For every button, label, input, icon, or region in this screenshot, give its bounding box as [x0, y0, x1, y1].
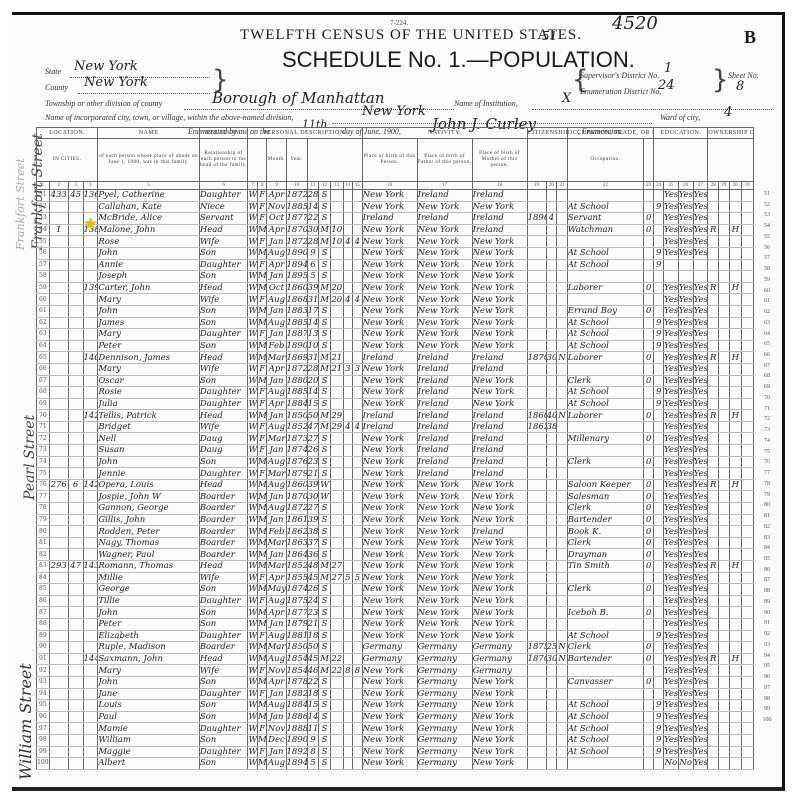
cell-relation: Daughter	[199, 746, 248, 758]
cell-birth: New York	[362, 201, 417, 213]
cell-married-yrs	[330, 537, 343, 549]
cell-write: Yes	[678, 595, 693, 607]
cell-house	[49, 329, 68, 341]
cell-family	[83, 711, 98, 723]
cell-unemp	[643, 445, 654, 457]
cell-birth: New York	[362, 537, 417, 549]
cell-nat	[557, 734, 568, 746]
cell-sex: F	[257, 468, 267, 480]
cell-birth: New York	[362, 282, 417, 294]
cell-sex: F	[257, 398, 267, 410]
cell-line: 73	[37, 445, 50, 457]
cell-immig	[527, 700, 546, 712]
line-number: 78	[756, 479, 778, 490]
cell-yrs-us	[546, 305, 557, 317]
table-row: 86TillieDaughterWFAug187524SNew YorkNew …	[37, 595, 754, 607]
cell-year: 1886	[286, 711, 307, 723]
cell-english	[693, 259, 708, 271]
cell-children	[343, 271, 353, 283]
cell-unemp: 0	[643, 584, 654, 596]
cell-occupation: At School	[567, 746, 643, 758]
cell-unemp: 0	[643, 676, 654, 688]
cell-yrs-us	[546, 723, 557, 735]
cell-living	[353, 758, 363, 770]
cell-street	[742, 595, 754, 607]
cell-mother: New York	[472, 282, 527, 294]
cell-line: 90	[37, 642, 50, 654]
cell-marital: S	[319, 607, 331, 619]
cell-mother: New York	[472, 584, 527, 596]
cell-farm	[729, 329, 742, 341]
cell-year: 1885	[286, 317, 307, 329]
cell-birth: New York	[362, 711, 417, 723]
cell-living	[353, 410, 363, 422]
cell-age: 39	[307, 282, 319, 294]
cell-living	[353, 734, 363, 746]
cell-house	[49, 758, 68, 770]
cell-unemp	[643, 572, 654, 584]
cell-father: New York	[417, 271, 472, 283]
cell-father: New York	[417, 526, 472, 538]
cell-children	[343, 491, 353, 503]
cell-month: Feb	[267, 526, 286, 538]
cell-yrs-us	[546, 618, 557, 630]
cell-married-yrs	[330, 711, 343, 723]
cell-school	[654, 445, 664, 457]
cell-farm	[729, 468, 742, 480]
cell-marital: M	[319, 665, 331, 677]
cell-own	[708, 700, 719, 712]
cell-english: Yes	[693, 363, 708, 375]
cell-own	[708, 236, 719, 248]
cell-farm	[729, 259, 742, 271]
cell-street	[742, 642, 754, 654]
cell-color: W	[248, 445, 258, 457]
cell-read: Yes	[663, 618, 678, 630]
table-row: 53McBride, AliceServantWFOct187722SIrela…	[37, 213, 754, 225]
cell-name: Jane	[98, 688, 200, 700]
line-number: 52	[756, 200, 778, 211]
cell-write: Yes	[678, 642, 693, 654]
cell-year: 1882	[286, 688, 307, 700]
cell-immig	[527, 456, 546, 468]
cell-marital: M	[319, 410, 331, 422]
cell-family	[83, 676, 98, 688]
cell-year: 1895	[286, 271, 307, 283]
cell-name: Bridget	[98, 421, 200, 433]
line-number: 70	[756, 393, 778, 404]
cell-house	[49, 526, 68, 538]
cell-year: 1879	[286, 618, 307, 630]
cell-month: Apr	[267, 676, 286, 688]
cell-father: New York	[417, 236, 472, 248]
cell-mother: Ireland	[472, 363, 527, 375]
line-number: 59	[756, 275, 778, 286]
cell-school	[654, 456, 664, 468]
cell-living	[353, 213, 363, 225]
cell-dwelling	[68, 526, 83, 538]
cell-relation: Son	[199, 317, 248, 329]
cell-street	[742, 282, 754, 294]
cell-read	[663, 259, 678, 271]
line-number: 55	[756, 232, 778, 243]
cell-age: 37	[307, 537, 319, 549]
cell-birth: New York	[362, 700, 417, 712]
cell-year: 1860	[286, 282, 307, 294]
line-number: 65	[756, 339, 778, 350]
cell-school	[654, 549, 664, 561]
cell-unemp	[643, 247, 654, 259]
cell-immig	[527, 190, 546, 202]
cell-children	[343, 526, 353, 538]
cell-age: 13	[307, 329, 319, 341]
cell-nat	[557, 491, 568, 503]
table-row: 55RoseWifeWFJan187228M1044New YorkNew Yo…	[37, 236, 754, 248]
cell-farm: H	[729, 352, 742, 364]
cell-father: New York	[417, 305, 472, 317]
cell-father: New York	[417, 630, 472, 642]
cell-read: Yes	[663, 236, 678, 248]
cell-color: W	[248, 746, 258, 758]
cell-school: 9	[654, 317, 664, 329]
cell-year: 1850	[286, 642, 307, 654]
cell-english: Yes	[693, 630, 708, 642]
cell-occupation: At School	[567, 700, 643, 712]
cell-sex: M	[257, 584, 267, 596]
cell-unemp: 0	[643, 224, 654, 236]
line-number: 58	[756, 264, 778, 275]
cell-street	[742, 329, 754, 341]
cell-children	[343, 584, 353, 596]
cell-sex: F	[257, 236, 267, 248]
cell-mother: Ireland	[472, 352, 527, 364]
cell-sex: F	[257, 363, 267, 375]
cell-unemp: 0	[643, 282, 654, 294]
cell-father: Ireland	[417, 433, 472, 445]
cell-color: W	[248, 479, 258, 491]
cell-married-yrs	[330, 201, 343, 213]
cell-age: 23	[307, 456, 319, 468]
cell-relation: Servant	[199, 213, 248, 225]
cell-school	[654, 190, 664, 202]
cell-color: W	[248, 375, 258, 387]
cell-yrs-us: 30	[546, 653, 557, 665]
cell-english: Yes	[693, 305, 708, 317]
cell-immig	[527, 387, 546, 399]
cell-father: Ireland	[417, 387, 472, 399]
cell-relation: Daughter	[199, 688, 248, 700]
cell-immig	[527, 688, 546, 700]
cell-street	[742, 259, 754, 271]
cell-occupation: Drayman	[567, 549, 643, 561]
cell-father: New York	[417, 572, 472, 584]
cell-own	[708, 271, 719, 283]
cell-write: Yes	[678, 375, 693, 387]
cell-relation: Daughter	[199, 398, 248, 410]
line-number: 91	[756, 618, 778, 629]
table-row: 88PeterSonWMJan187921SNew YorkNew YorkNe…	[37, 618, 754, 630]
cell-street	[742, 561, 754, 573]
cell-yrs-us	[546, 514, 557, 526]
month-label: Month.	[267, 139, 286, 182]
cell-immig	[527, 618, 546, 630]
cell-line: 77	[37, 491, 50, 503]
cell-nat	[557, 259, 568, 271]
cell-children	[343, 317, 353, 329]
cell-sex: M	[257, 642, 267, 654]
cell-father: Ireland	[417, 445, 472, 457]
cell-birth: New York	[362, 236, 417, 248]
cell-age: 9	[307, 247, 319, 259]
cell-color: W	[248, 259, 258, 271]
cell-sex: M	[257, 491, 267, 503]
cell-children	[343, 711, 353, 723]
cell-family	[83, 642, 98, 654]
cell-street	[742, 514, 754, 526]
cell-farm	[729, 746, 742, 758]
cell-family	[83, 398, 98, 410]
cell-name: Louis	[98, 700, 200, 712]
form-number: 7-224.	[390, 19, 408, 27]
cell-english: Yes	[693, 572, 708, 584]
cell-living	[353, 247, 363, 259]
cell-english: Yes	[693, 213, 708, 225]
cell-school	[654, 410, 664, 422]
cell-mother: Ireland	[472, 526, 527, 538]
cell-immig	[527, 259, 546, 271]
cell-age: 6	[307, 259, 319, 271]
cell-relation: Daughter	[199, 595, 248, 607]
cell-write: Yes	[678, 549, 693, 561]
cell-write: No	[678, 758, 693, 770]
cell-color: W	[248, 282, 258, 294]
cell-birth: New York	[362, 329, 417, 341]
cell-children	[343, 700, 353, 712]
cell-father: New York	[417, 329, 472, 341]
cell-write: Yes	[678, 387, 693, 399]
cell-english: Yes	[693, 491, 708, 503]
cell-farm	[729, 676, 742, 688]
cell-living	[353, 549, 363, 561]
cell-month: Apr	[267, 190, 286, 202]
cell-mother: New York	[472, 618, 527, 630]
cell-line: 70	[37, 410, 50, 422]
cell-sex: M	[257, 549, 267, 561]
cell-family	[83, 688, 98, 700]
cell-line: 80	[37, 526, 50, 538]
birth-father-label: Place of birth of Father of this person.	[417, 139, 472, 182]
cell-name: Ruple, Madison	[98, 642, 200, 654]
cell-immig	[527, 433, 546, 445]
cell-nat: N	[557, 653, 568, 665]
cell-relation: Head	[199, 479, 248, 491]
cell-color: W	[248, 723, 258, 735]
cell-married-yrs: 27	[330, 572, 343, 584]
line-number: 62	[756, 307, 778, 318]
cell-children	[343, 642, 353, 654]
cell-free	[718, 700, 729, 712]
cell-write: Yes	[678, 190, 693, 202]
cell-year: 1875	[286, 595, 307, 607]
cell-occupation: At School	[567, 630, 643, 642]
cell-color: W	[248, 247, 258, 259]
cell-year: 1854	[286, 653, 307, 665]
cell-occupation: Tin Smith	[567, 561, 643, 573]
cell-year: 1880	[286, 375, 307, 387]
cell-mother: New York	[472, 387, 527, 399]
line-number: 53	[756, 210, 778, 221]
cell-yrs-us	[546, 445, 557, 457]
cell-line: 65	[37, 352, 50, 364]
cell-marital: S	[319, 584, 331, 596]
cell-children	[343, 630, 353, 642]
cell-married-yrs: 22	[330, 665, 343, 677]
cell-mother: New York	[472, 734, 527, 746]
cell-house	[49, 584, 68, 596]
cell-month: Jan	[267, 491, 286, 503]
cell-married-yrs	[330, 340, 343, 352]
cell-marital: S	[319, 758, 331, 770]
cell-age: 14	[307, 201, 319, 213]
cell-children	[343, 352, 353, 364]
cell-school	[654, 618, 664, 630]
cell-children	[343, 433, 353, 445]
cell-street	[742, 224, 754, 236]
cell-mother: New York	[472, 375, 527, 387]
cell-marital: S	[319, 734, 331, 746]
cell-married-yrs	[330, 491, 343, 503]
cell-own	[708, 758, 719, 770]
cell-married-yrs	[330, 595, 343, 607]
cell-color: W	[248, 329, 258, 341]
cell-married-yrs	[330, 445, 343, 457]
cell-relation: Son	[199, 734, 248, 746]
cell-street	[742, 537, 754, 549]
cell-farm	[729, 317, 742, 329]
cell-write: Yes	[678, 537, 693, 549]
cell-yrs-us	[546, 665, 557, 677]
cell-street	[742, 271, 754, 283]
cell-immig: 1875	[527, 642, 546, 654]
cell-living	[353, 271, 363, 283]
cell-color: W	[248, 503, 258, 515]
cell-marital: M	[319, 421, 331, 433]
cell-father: New York	[417, 561, 472, 573]
cell-color: W	[248, 734, 258, 746]
cell-birth: New York	[362, 468, 417, 480]
cell-year: 1876	[286, 456, 307, 468]
star-icon[interactable]: ★	[83, 216, 98, 233]
cell-nat	[557, 294, 568, 306]
cell-free	[718, 491, 729, 503]
cell-month: Jan	[267, 445, 286, 457]
cell-father: New York	[417, 224, 472, 236]
county-label: County	[45, 83, 68, 92]
cell-birth: Germany	[362, 653, 417, 665]
cell-occupation: At School	[567, 247, 643, 259]
cell-relation: Daug	[199, 433, 248, 445]
cell-write: Yes	[678, 503, 693, 515]
cell-children	[343, 618, 353, 630]
cell-married-yrs: 21	[330, 363, 343, 375]
cell-immig	[527, 294, 546, 306]
cell-relation: Wife	[199, 421, 248, 433]
cell-relation: Son	[199, 456, 248, 468]
cell-write: Yes	[678, 282, 693, 294]
line-number: 93	[756, 640, 778, 651]
cell-nat	[557, 282, 568, 294]
cell-read: Yes	[663, 294, 678, 306]
cell-age: 39	[307, 479, 319, 491]
cell-birth: New York	[362, 398, 417, 410]
cell-house	[49, 294, 68, 306]
cell-unemp	[643, 630, 654, 642]
cell-living	[353, 503, 363, 515]
cell-birth: New York	[362, 317, 417, 329]
cell-marital: S	[319, 503, 331, 515]
cell-age: 38	[307, 526, 319, 538]
cell-sex: M	[257, 653, 267, 665]
cell-children	[343, 537, 353, 549]
cell-nat	[557, 329, 568, 341]
cell-relation: Boarder	[199, 642, 248, 654]
cell-family	[83, 236, 98, 248]
cell-farm	[729, 491, 742, 503]
cell-yrs-us: 38	[546, 421, 557, 433]
table-row: 74JohnSonWMAug187623SNew YorkIrelandIrel…	[37, 456, 754, 468]
cell-relation: Boarder	[199, 537, 248, 549]
cell-birth: New York	[362, 271, 417, 283]
cell-color: W	[248, 561, 258, 573]
cell-line: 99	[37, 746, 50, 758]
cell-family	[83, 700, 98, 712]
cell-house	[49, 387, 68, 399]
cell-free	[718, 213, 729, 225]
line-number: 54	[756, 221, 778, 232]
cell-own: R	[708, 224, 719, 236]
table-row: 65140Dennison, JamesHeadWMMar186931M21Ir…	[37, 352, 754, 364]
cell-own: R	[708, 479, 719, 491]
table-row: 69JuliaDaughterWFApr188415SNew YorkIrela…	[37, 398, 754, 410]
cell-marital: S	[319, 456, 331, 468]
line-number: 97	[756, 683, 778, 694]
cell-yrs-us	[546, 607, 557, 619]
cell-mother: New York	[472, 688, 527, 700]
cell-mother: Ireland	[472, 410, 527, 422]
cell-english: Yes	[693, 468, 708, 480]
cell-write: Yes	[678, 352, 693, 364]
cell-write: Yes	[678, 363, 693, 375]
cell-occupation: Canvasser	[567, 676, 643, 688]
cell-family	[83, 363, 98, 375]
cell-read: Yes	[663, 491, 678, 503]
cell-read: Yes	[663, 584, 678, 596]
cell-dwelling	[68, 711, 83, 723]
cell-house	[49, 746, 68, 758]
cell-immig: 1862	[527, 421, 546, 433]
table-row: 90Ruple, MadisonBoarderWMMar185050SGerma…	[37, 642, 754, 654]
cell-free	[718, 711, 729, 723]
cell-relation: Boarder	[199, 526, 248, 538]
cell-own: R	[708, 352, 719, 364]
cell-name: Susan	[98, 445, 200, 457]
state-label: State	[45, 67, 61, 76]
cell-write: Yes	[678, 410, 693, 422]
table-row: 52Callahan, KateNieceWFNov188514SNew Yor…	[37, 201, 754, 213]
cell-line: 58	[37, 271, 50, 283]
cell-family	[83, 271, 98, 283]
census-title: TWELFTH CENSUS OF THE UNITED STATES.	[240, 27, 582, 44]
